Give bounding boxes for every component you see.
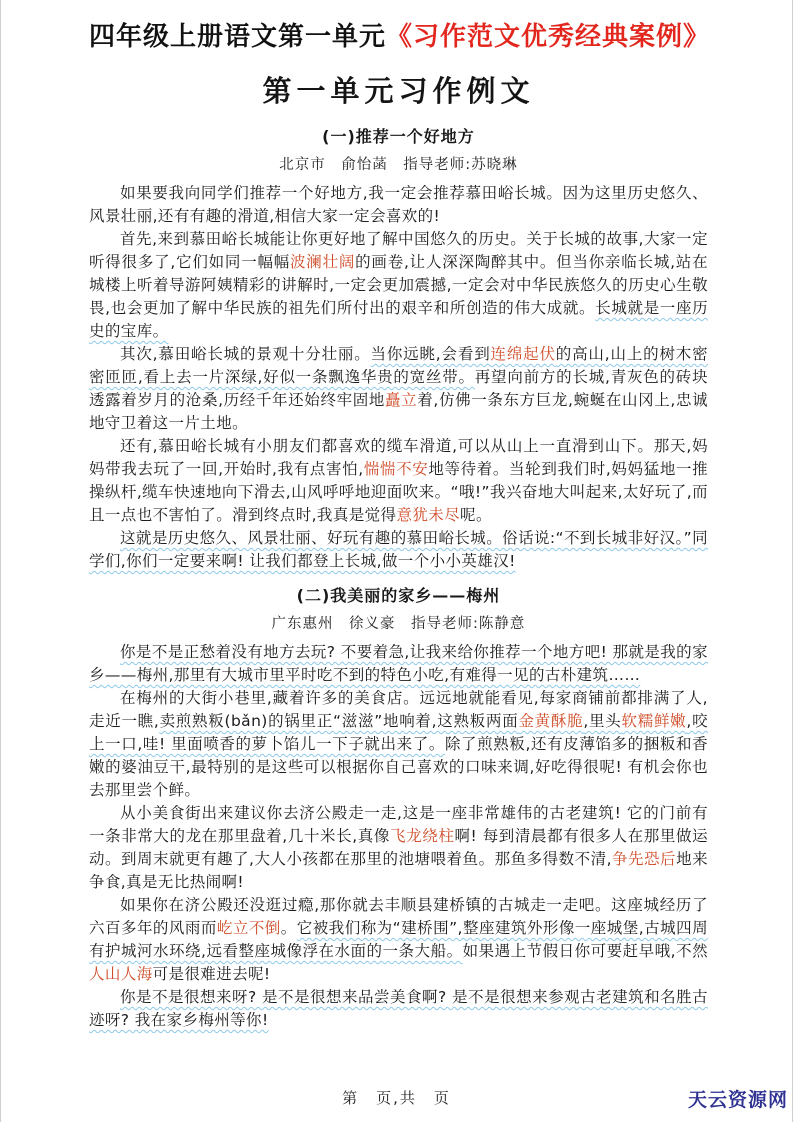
text-run: 可是很难进去呢! <box>153 965 271 983</box>
paragraph: 你是不是正愁着没有地方去玩? 不要着急,让我来给你推荐一个地方吧! 那就是我的家… <box>89 641 708 687</box>
paragraph: 如果你在济公殿还没逛过瘾,那你就去丰顺县建桥镇的古城走一走吧。这座城经历了六百多… <box>89 894 708 986</box>
paragraph: 其次,慕田峪长城的景观十分壮丽。当你远眺,会看到连绵起伏的高山,山上的树木密密匝… <box>89 343 708 435</box>
paragraph: 从小美食街出来建议你去济公殿走一走,这是一座非常雄伟的古老建筑! 它的门前有一条… <box>89 802 708 894</box>
text-run: 。 <box>281 919 297 937</box>
document-title: 四年级上册语文第一单元《习作范文优秀经典案例》 <box>89 16 708 53</box>
highlight-red-run: 人山人海 <box>89 965 153 983</box>
text-run: 呢。 <box>460 506 492 524</box>
highlight-red-wavy-run: 金黄酥脆 <box>518 712 583 730</box>
highlight-red-run: 波澜壮阔 <box>290 253 355 271</box>
highlight-red-run: 飞龙绕柱 <box>390 827 454 845</box>
wavy-underline-run: 你是不是正愁着没有地方去玩? 不要着急,让我来给你推荐一个地方吧! 那就是我的家… <box>89 643 708 684</box>
text-run: 如果要我向同学们推荐一个好地方,我一定会推荐慕田峪长城。因为这里历史悠久、风景壮… <box>89 184 708 225</box>
highlight-red-run: 矗立 <box>385 391 417 409</box>
essay-1-body: 如果要我向同学们推荐一个好地方,我一定会推荐慕田峪长城。因为这里历史悠久、风景壮… <box>89 182 708 573</box>
essay-2-body: 你是不是正愁着没有地方去玩? 不要着急,让我来给你推荐一个地方吧! 那就是我的家… <box>89 641 708 1032</box>
document-title-red: 《习作范文优秀经典案例》 <box>386 22 710 52</box>
page-number-footer: 第 页,共 页 <box>1 1087 792 1108</box>
essay-2-byline: 广东惠州 徐义豪 指导老师:陈静意 <box>89 612 708 633</box>
paragraph: 还有,慕田峪长城有小朋友们都喜欢的缆车滑道,可以从山上一直滑到山下。那天,妈妈带… <box>89 435 708 527</box>
highlight-red-run: 争先恐后 <box>612 850 676 868</box>
wavy-underline-run: 当你远眺,会看到 <box>371 345 491 363</box>
text-run: 如果遇上节假日你可要赶早哦,不然 <box>463 942 708 960</box>
paragraph: 你是不是很想来呀? 是不是很想来品尝美食啊? 是不是很想来参观古老建筑和名胜古迹… <box>89 986 708 1032</box>
wavy-underline-run: 卖煎熟粄(bǎn)的锅里正“滋滋”地响着,这熟粄两面 <box>159 712 518 730</box>
essay-1-byline: 北京市 俞怡菡 指导老师:苏晓琳 <box>89 153 708 174</box>
essay-section-1: (一)推荐一个好地方 北京市 俞怡菡 指导老师:苏晓琳 如果要我向同学们推荐一个… <box>89 124 708 573</box>
paragraph: 如果要我向同学们推荐一个好地方,我一定会推荐慕田峪长城。因为这里历史悠久、风景壮… <box>89 182 708 228</box>
text-run: 其次,慕田峪长城的景观十分壮丽。 <box>120 345 371 363</box>
paragraph: 首先,来到慕田峪长城能让你更好地了解中国悠久的历史。关于长城的故事,大家一定听得… <box>89 228 708 343</box>
wavy-underline-run: 这就是历史悠久、风景壮丽、好玩有趣的慕田峪长城。俗话说:“不到长城非好汉。”同学… <box>89 529 708 570</box>
highlight-red-run: 屹立不倒 <box>217 919 281 937</box>
watermark-text: 天云资源网 <box>688 1085 788 1112</box>
wavy-underline-run: ,里头 <box>583 712 621 730</box>
paragraph: 在梅州的大街小巷里,藏着许多的美食店。远远地就能看见,每家商铺前都排满了人,走近… <box>89 687 708 802</box>
highlight-red-run: 意犹未尽 <box>396 506 460 524</box>
document-title-black: 四年级上册语文第一单元 <box>89 22 386 52</box>
highlight-red-run: 惴惴不安 <box>364 460 429 478</box>
essay-section-2: (二)我美丽的家乡——梅州 广东惠州 徐义豪 指导老师:陈静意 你是不是正愁着没… <box>89 583 708 1032</box>
document-page: 四年级上册语文第一单元《习作范文优秀经典案例》 第一单元习作例文 (一)推荐一个… <box>0 0 793 1122</box>
highlight-red-wavy-run: 软糯鲜嫩 <box>622 712 687 730</box>
paragraph: 这就是历史悠久、风景壮丽、好玩有趣的慕田峪长城。俗话说:“不到长城非好汉。”同学… <box>89 527 708 573</box>
essay-1-heading: (一)推荐一个好地方 <box>89 124 708 147</box>
highlight-red-wavy-run: 连绵起伏 <box>491 345 556 363</box>
unit-subtitle: 第一单元习作例文 <box>89 69 708 110</box>
essay-2-heading: (二)我美丽的家乡——梅州 <box>89 583 708 606</box>
wavy-underline-run: 你是不是很想来呀? 是不是很想来品尝美食啊? 是不是很想来参观古老建筑和名胜古迹… <box>89 988 708 1029</box>
